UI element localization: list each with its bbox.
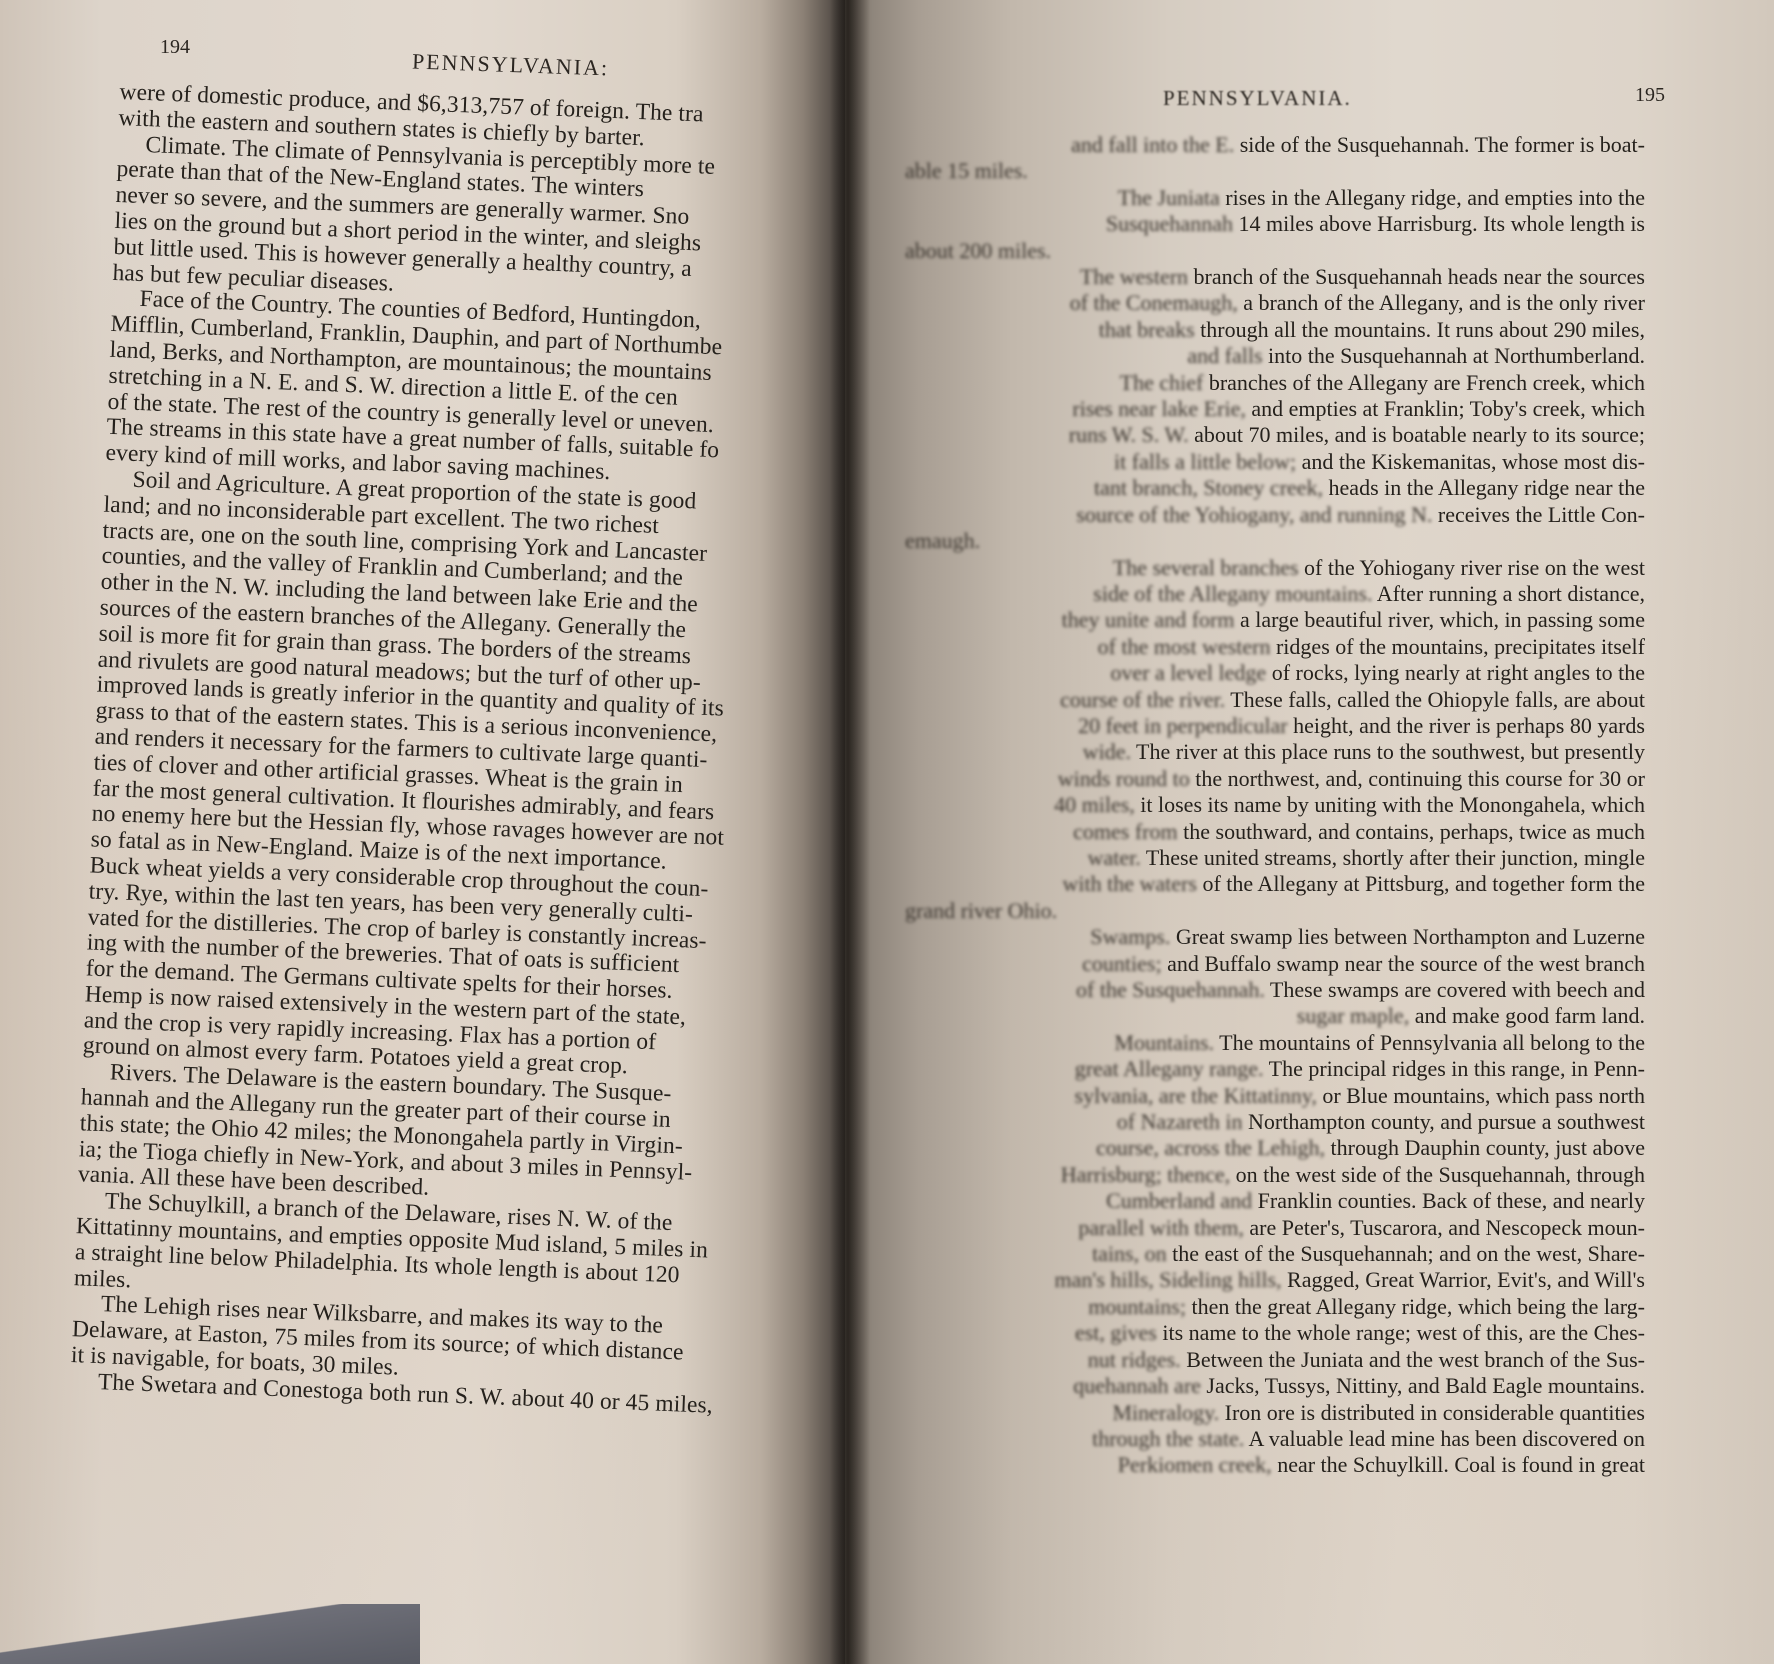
blurred-text: they unite and form	[1062, 607, 1235, 632]
clear-text: These falls, called the Ohiopyle falls, …	[1225, 687, 1645, 712]
text-line: source of the Yohiogany, and running N. …	[905, 502, 1645, 528]
left-page-body: were of domestic produce, and $6,313,757…	[69, 80, 819, 1422]
blurred-text: The Juniata	[1118, 185, 1220, 210]
blurred-text: runs W. S. W.	[1069, 422, 1189, 447]
blurred-text: tains, on	[1092, 1241, 1167, 1266]
clear-text: Northampton county, and pursue a southwe…	[1243, 1109, 1645, 1134]
blurred-text: est, gives	[1075, 1320, 1157, 1345]
right-page-body: and fall into the E. side of the Susqueh…	[905, 132, 1645, 1479]
clear-text: and the Kiskemanitas, whose most dis-	[1296, 449, 1645, 474]
blurred-text: 40 miles,	[1054, 792, 1135, 817]
clear-text: through Dauphin county, just above	[1325, 1135, 1645, 1160]
text-line: of Nazareth in Northampton county, and p…	[905, 1109, 1645, 1135]
book-spread: 194 PENNSYLVANIA: were of domestic produ…	[0, 0, 1774, 1664]
blurred-text: nut ridges.	[1088, 1347, 1181, 1372]
clear-text: a large beautiful river, which, in passi…	[1235, 607, 1646, 632]
text-line: emaugh.	[905, 528, 1645, 554]
clear-text: the northwest, and, continuing this cour…	[1190, 766, 1645, 791]
clear-text: heads in the Allegany ridge near the	[1323, 475, 1645, 500]
clear-text: These united streams, shortly after thei…	[1141, 845, 1645, 870]
text-line: The several branches of the Yohiogany ri…	[905, 555, 1645, 581]
text-line: comes from the southward, and contains, …	[905, 819, 1645, 845]
clear-text: height, and the river is perhaps 80 yard…	[1288, 713, 1645, 738]
blurred-text: grand river Ohio.	[905, 898, 1057, 923]
text-line: of the most western ridges of the mounta…	[905, 634, 1645, 660]
text-line: Mineralogy. Iron ore is distributed in c…	[905, 1400, 1645, 1426]
blurred-text: about 200 miles.	[905, 238, 1051, 263]
text-line: The Juniata rises in the Allegany ridge,…	[905, 185, 1645, 211]
page-number-left: 194	[160, 36, 190, 59]
blurred-text: with the waters	[1063, 871, 1197, 896]
blurred-text: Mountains.	[1114, 1030, 1214, 1055]
blurred-text: counties;	[1082, 951, 1161, 976]
text-line: Perkiomen creek, near the Schuylkill. Co…	[905, 1452, 1645, 1478]
running-head-left: PENNSYLVANIA:	[412, 49, 610, 82]
text-line: able 15 miles.	[905, 158, 1645, 184]
text-line: Swamps. Great swamp lies between Northam…	[905, 924, 1645, 950]
text-line: 40 miles, it loses its name by uniting w…	[905, 792, 1645, 818]
text-line: grand river Ohio.	[905, 898, 1645, 924]
text-line: and fall into the E. side of the Susqueh…	[905, 132, 1645, 158]
blurred-text: of the most western	[1098, 634, 1271, 659]
blurred-text: comes from	[1073, 819, 1177, 844]
text-line: runs W. S. W. about 70 miles, and is boa…	[905, 422, 1645, 448]
clear-text: The mountains of Pennsylvania all belong…	[1214, 1030, 1645, 1055]
text-line: course, across the Lehigh, through Dauph…	[905, 1135, 1645, 1161]
text-line: rises near lake Erie, and empties at Fra…	[905, 396, 1645, 422]
clear-text: into the Susquehannah at Northumberland.	[1263, 343, 1645, 368]
text-line: The western branch of the Susquehannah h…	[905, 264, 1645, 290]
text-line: sugar maple, and make good farm land.	[905, 1003, 1645, 1029]
blurred-text: Mineralogy.	[1112, 1400, 1219, 1425]
clear-text: Iron ore is distributed in considerable …	[1219, 1400, 1645, 1425]
blurred-text: Harrisburg; thence,	[1061, 1162, 1230, 1187]
clear-text: of the Allegany at Pittsburg, and togeth…	[1197, 871, 1645, 896]
blurred-text: Susquehannah	[1106, 211, 1233, 236]
clear-text: are Peter's, Tuscarora, and Nescopeck mo…	[1244, 1215, 1645, 1240]
clear-text: about 70 miles, and is boatable nearly t…	[1189, 422, 1645, 447]
text-line: winds round to the northwest, and, conti…	[905, 766, 1645, 792]
blurred-text: Swamps.	[1090, 924, 1170, 949]
blurred-text: of Nazareth in	[1117, 1109, 1243, 1134]
blurred-text: sugar maple,	[1297, 1003, 1409, 1028]
blurred-text: The chief	[1120, 370, 1204, 395]
text-line: nut ridges. Between the Juniata and the …	[905, 1347, 1645, 1373]
corner-shadow	[0, 1604, 420, 1664]
clear-text: Between the Juniata and the west branch …	[1181, 1347, 1645, 1372]
blurred-text: Cumberland and	[1106, 1188, 1252, 1213]
text-line: tains, on the east of the Susquehannah; …	[905, 1241, 1645, 1267]
clear-text: Franklin counties. Back of these, and ne…	[1252, 1188, 1645, 1213]
clear-text: and Buffalo swamp near the source of the…	[1162, 951, 1645, 976]
text-line: parallel with them, are Peter's, Tuscaro…	[905, 1215, 1645, 1241]
text-line: Susquehannah 14 miles above Harrisburg. …	[905, 211, 1645, 237]
text-line: with the waters of the Allegany at Pitts…	[905, 871, 1645, 897]
text-line: Cumberland and Franklin counties. Back o…	[905, 1188, 1645, 1214]
text-line: quehannah are Jacks, Tussys, Nittiny, an…	[905, 1373, 1645, 1399]
text-line: they unite and form a large beautiful ri…	[905, 607, 1645, 633]
text-line: and falls into the Susquehannah at North…	[905, 343, 1645, 369]
clear-text: its name to the whole range; west of thi…	[1157, 1320, 1645, 1345]
clear-text: Jacks, Tussys, Nittiny, and Bald Eagle m…	[1201, 1373, 1645, 1398]
page-number-right: 195	[1635, 84, 1665, 107]
clear-text: it loses its name by uniting with the Mo…	[1135, 792, 1645, 817]
clear-text: through all the mountains. It runs about…	[1195, 317, 1645, 342]
text-line: of the Conemaugh, a branch of the Allega…	[905, 290, 1645, 316]
blurred-text: and falls	[1187, 343, 1262, 368]
text-line: counties; and Buffalo swamp near the sou…	[905, 951, 1645, 977]
blurred-text: water.	[1088, 845, 1141, 870]
clear-text: then the great Allegany ridge, which bei…	[1186, 1294, 1645, 1319]
blurred-text: of the Susquehannah.	[1076, 977, 1265, 1002]
blurred-text: great Allegany range.	[1075, 1056, 1264, 1081]
clear-text: These swamps are covered with beech and	[1265, 977, 1645, 1002]
blurred-text: rises near lake Erie,	[1072, 396, 1245, 421]
clear-text: The river at this place runs to the sout…	[1131, 739, 1645, 764]
text-line: it falls a little below; and the Kiskema…	[905, 449, 1645, 475]
blurred-text: sylvania, are the Kittatinny,	[1075, 1083, 1317, 1108]
text-line: man's hills, Sideling hills, Ragged, Gre…	[905, 1267, 1645, 1293]
blurred-text: of the Conemaugh,	[1070, 290, 1238, 315]
blurred-text: that breaks	[1099, 317, 1195, 342]
clear-text: on the west side of the Susquehannah, th…	[1230, 1162, 1645, 1187]
clear-text: The principal ridges in this range, in P…	[1264, 1056, 1645, 1081]
clear-text: near the Schuylkill. Coal is found in gr…	[1272, 1452, 1645, 1477]
blurred-text: 20 feet in perpendicular	[1078, 713, 1288, 738]
text-line: water. These united streams, shortly aft…	[905, 845, 1645, 871]
blurred-text: tant branch, Stoney creek,	[1094, 475, 1323, 500]
text-line: course of the river. These falls, called…	[905, 687, 1645, 713]
text-line: The chief branches of the Allegany are F…	[905, 370, 1645, 396]
text-line: wide. The river at this place runs to th…	[905, 739, 1645, 765]
blurred-text: side of the Allegany mountains.	[1093, 581, 1372, 606]
running-head-right: PENNSYLVANIA.	[1163, 86, 1352, 111]
text-line: over a level ledge of rocks, lying nearl…	[905, 660, 1645, 686]
blurred-text: The several branches	[1113, 555, 1299, 580]
text-line: about 200 miles.	[905, 238, 1645, 264]
blurred-text: quehannah are	[1073, 1373, 1201, 1398]
blurred-text: over a level ledge	[1110, 660, 1266, 685]
blurred-text: wide.	[1083, 739, 1131, 764]
clear-text: 14 miles above Harrisburg. Its whole len…	[1233, 211, 1645, 236]
clear-text: the southward, and contains, perhaps, tw…	[1178, 819, 1645, 844]
clear-text: receives the Little Con-	[1432, 502, 1645, 527]
left-page: 194 PENNSYLVANIA: were of domestic produ…	[0, 0, 845, 1664]
blurred-text: winds round to	[1058, 766, 1190, 791]
clear-text: and empties at Franklin; Toby's creek, w…	[1246, 396, 1645, 421]
text-line: of the Susquehannah. These swamps are co…	[905, 977, 1645, 1003]
text-line: that breaks through all the mountains. I…	[905, 317, 1645, 343]
text-line: through the state. A valuable lead mine …	[905, 1426, 1645, 1452]
blurred-text: course, across the Lehigh,	[1096, 1135, 1325, 1160]
text-line: Mountains. The mountains of Pennsylvania…	[905, 1030, 1645, 1056]
blurred-text: and fall into the E.	[1071, 132, 1234, 157]
blurred-text: Perkiomen creek,	[1118, 1452, 1272, 1477]
clear-text: Great swamp lies between Northampton and…	[1170, 924, 1645, 949]
blurred-text: course of the river.	[1060, 687, 1225, 712]
clear-text: side of the Susquehannah. The former is …	[1234, 132, 1645, 157]
text-line: sylvania, are the Kittatinny, or Blue mo…	[905, 1083, 1645, 1109]
blurred-text: man's hills, Sideling hills,	[1055, 1267, 1282, 1292]
clear-text: of the Yohiogany river rise on the west	[1299, 555, 1645, 580]
blurred-text: through the state.	[1092, 1426, 1244, 1451]
book-gutter	[830, 0, 870, 1664]
clear-text: branches of the Allegany are French cree…	[1203, 370, 1645, 395]
clear-text: the east of the Susquehannah; and on the…	[1167, 1241, 1645, 1266]
blurred-text: parallel with them,	[1078, 1215, 1244, 1240]
text-line: side of the Allegany mountains. After ru…	[905, 581, 1645, 607]
blurred-text: source of the Yohiogany, and running N.	[1076, 502, 1432, 527]
clear-text: ridges of the mountains, precipitates it…	[1270, 634, 1645, 659]
text-line: mountains; then the great Allegany ridge…	[905, 1294, 1645, 1320]
text-line: tant branch, Stoney creek, heads in the …	[905, 475, 1645, 501]
text-line: Harrisburg; thence, on the west side of …	[905, 1162, 1645, 1188]
clear-text: Ragged, Great Warrior, Evit's, and Will'…	[1282, 1267, 1645, 1292]
clear-text: and make good farm land.	[1409, 1003, 1645, 1028]
text-line: great Allegany range. The principal ridg…	[905, 1056, 1645, 1082]
clear-text: A valuable lead mine has been discovered…	[1244, 1426, 1645, 1451]
blurred-text: mountains;	[1088, 1294, 1186, 1319]
blurred-text: emaugh.	[905, 528, 980, 553]
blurred-text: able 15 miles.	[905, 158, 1028, 183]
clear-text: of rocks, lying nearly at right angles t…	[1266, 660, 1645, 685]
clear-text: rises in the Allegany ridge, and empties…	[1220, 185, 1645, 210]
blurred-text: The western	[1080, 264, 1188, 289]
text-line: est, gives its name to the whole range; …	[905, 1320, 1645, 1346]
text-line: 20 feet in perpendicular height, and the…	[905, 713, 1645, 739]
blurred-text: it falls a little below;	[1114, 449, 1296, 474]
clear-text: After running a short distance,	[1373, 581, 1646, 606]
clear-text: branch of the Susquehannah heads near th…	[1188, 264, 1645, 289]
clear-text: or Blue mountains, which pass north	[1317, 1083, 1645, 1108]
clear-text: a branch of the Allegany, and is the onl…	[1238, 290, 1645, 315]
